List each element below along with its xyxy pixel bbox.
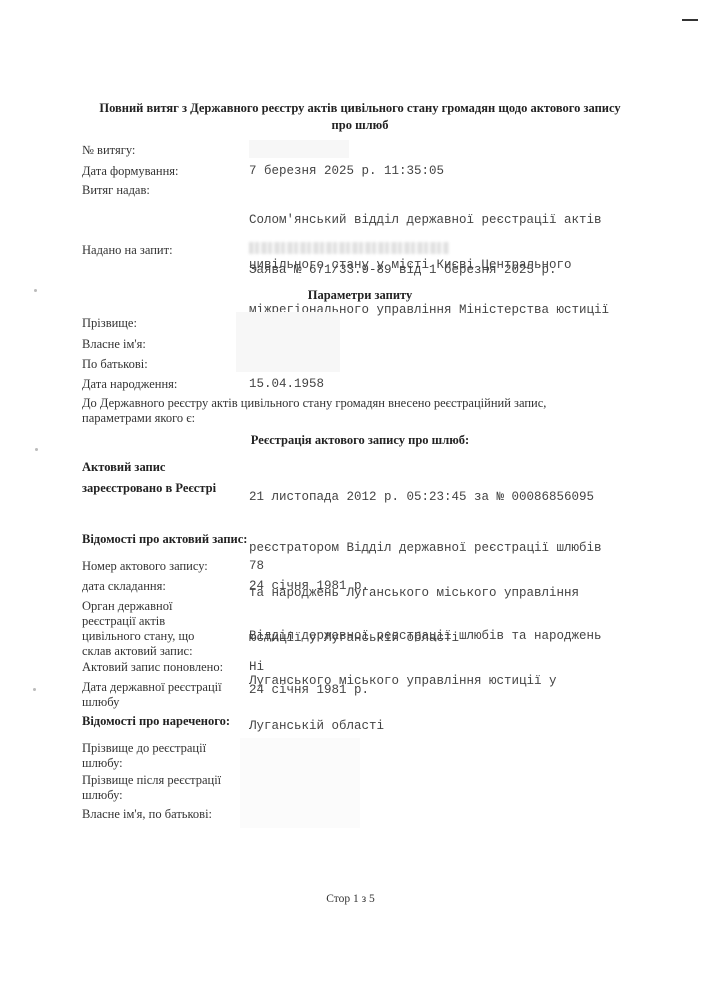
title-line-2: про шлюб (60, 117, 660, 134)
surname-after-label-line: шлюбу: (82, 788, 221, 803)
registration-heading: Реєстрація актового запису про шлюб: (60, 433, 660, 448)
marriage-date-label-line: Дата державної реєстрації (82, 680, 222, 695)
registration-label-line-2: зареєстровано в Реєстрі (82, 481, 216, 496)
authority-value-line: Луганській області (249, 719, 602, 734)
marriage-date-label: Дата державної реєстрації шлюбу (82, 680, 222, 710)
authority-label: Орган державної реєстрації актів цивільн… (82, 599, 194, 659)
document-title: Повний витяг з Державного реєстру актів … (60, 100, 660, 134)
groom-info-heading: Відомості про нареченого: (82, 714, 230, 729)
name-patronymic-label: Власне ім'я, по батькові: (82, 807, 212, 822)
requester-redacted (249, 242, 449, 254)
surname-before-label-line: Прізвище до реєстрації (82, 741, 206, 756)
compiled-date-value: 24 січня 1981 р. (249, 579, 369, 594)
surname-before-label: Прізвище до реєстрації шлюбу: (82, 741, 206, 771)
patronymic-label: По батькові: (82, 357, 148, 372)
renewed-label: Актовий запис поновлено: (82, 660, 223, 675)
birth-date-value: 15.04.1958 (249, 377, 324, 392)
result-text-line: До Державного реєстру актів цивільного с… (82, 396, 602, 411)
authority-label-line: реєстрації актів (82, 614, 194, 629)
issued-by-label: Витяг надав: (82, 183, 150, 198)
extract-number-label: № витягу: (82, 143, 135, 158)
issued-by-line: Солом'янський відділ державної реєстраці… (249, 213, 609, 228)
marriage-date-label-line: шлюбу (82, 695, 222, 710)
result-text: До Державного реєстру актів цивільного с… (82, 396, 602, 426)
scan-speck (33, 688, 36, 691)
surname-label: Прізвище: (82, 316, 137, 331)
scan-speck (35, 448, 38, 451)
registration-label-line-1: Актовий запис (82, 460, 165, 475)
registration-value-line: реєстратором Відділ державної реєстрації… (249, 541, 602, 556)
registration-value-line: 21 листопада 2012 р. 05:23:45 за № 00086… (249, 490, 602, 505)
authority-value-line: Відділ державної реєстрації шлюбів та на… (249, 629, 602, 644)
provided-on-request-label: Надано на запит: (82, 243, 173, 258)
page-corner-mark (682, 19, 698, 21)
authority-label-line: Орган державної (82, 599, 194, 614)
request-value: Заява № 671/33.9-89 від 1 березня 2025 р… (249, 263, 557, 278)
birth-date-label: Дата народження: (82, 377, 177, 392)
marriage-date-value: 24 січня 1981 р. (249, 683, 369, 698)
extract-number-redacted (249, 140, 349, 158)
title-line-1: Повний витяг з Державного реєстру актів … (60, 100, 660, 117)
record-info-heading: Відомості про актовий запис: (82, 532, 247, 547)
surname-after-label-line: Прізвище після реєстрації (82, 773, 221, 788)
groom-values-redacted (240, 738, 360, 828)
result-text-line: параметрами якого є: (82, 411, 602, 426)
renewed-value: Ні (249, 660, 264, 675)
compiled-date-label: дата складання: (82, 579, 166, 594)
scan-speck (34, 289, 37, 292)
query-params-heading: Параметри запиту (60, 288, 660, 303)
authority-label-line: цивільного стану, що (82, 629, 194, 644)
page-indicator: Стор 1 з 5 (0, 893, 701, 905)
surname-after-label: Прізвище після реєстрації шлюбу: (82, 773, 221, 803)
authority-value: Відділ державної реєстрації шлюбів та на… (249, 599, 602, 749)
authority-label-line: склав актовий запис: (82, 644, 194, 659)
person-name-redacted (236, 312, 340, 372)
formed-date-value: 7 березня 2025 р. 11:35:05 (249, 164, 444, 179)
record-number-label: Номер актового запису: (82, 559, 208, 574)
surname-before-label-line: шлюбу: (82, 756, 206, 771)
record-number-value: 78 (249, 559, 264, 574)
first-name-label: Власне ім'я: (82, 337, 146, 352)
formed-date-label: Дата формування: (82, 164, 179, 179)
